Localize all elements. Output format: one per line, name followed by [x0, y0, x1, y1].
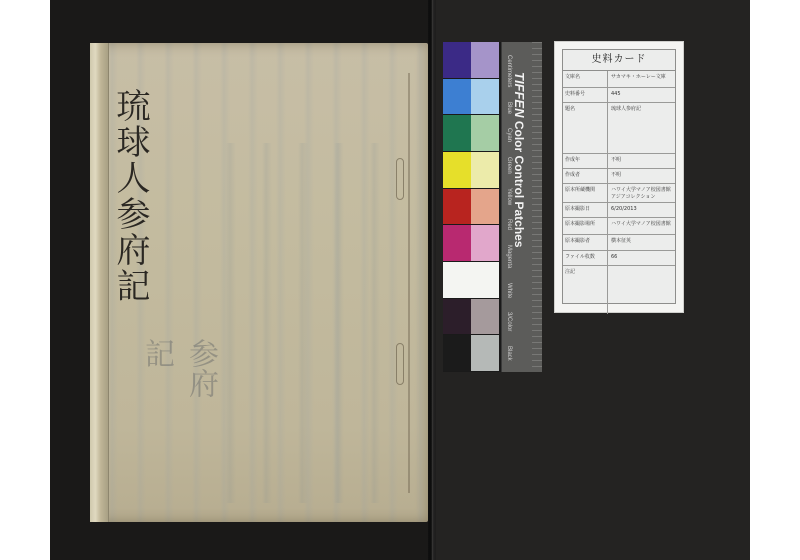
- card-row: ファイル枚数 66: [563, 251, 675, 266]
- ruler-patch-labels: Centimeters Blue Cyan Green Yellow Red M…: [502, 48, 512, 368]
- book-spine: [90, 43, 109, 522]
- card-value: 6/20/2013: [608, 203, 675, 217]
- chart-caption-text: Color Control Patches: [512, 121, 526, 248]
- card-value: ハワイ大学マノア校図書館: [608, 218, 675, 234]
- patch-blue-dark: [443, 42, 471, 79]
- color-control-chart: Centimeters Blue Cyan Green Yellow Red M…: [443, 42, 541, 372]
- card-row: 原本撮影場所 ハワイ大学マノア校図書館: [563, 218, 675, 235]
- card-key: 原本撮影日: [563, 203, 608, 217]
- brand-logo: TIFFEN: [512, 72, 527, 118]
- card-row: 原本撮影日 6/20/2013: [563, 203, 675, 218]
- card-row: 原本所蔵機関 ハワイ大学マノア校図書館 アジアコレクション: [563, 184, 675, 203]
- card-key: 原本撮影者: [563, 235, 608, 250]
- card-value: サカマキ・ホーレー文庫: [608, 71, 675, 87]
- card-value: ハワイ大学マノア校図書館 アジアコレクション: [608, 184, 675, 202]
- ruler-label: Centimeters: [502, 55, 512, 87]
- card-value: 445: [608, 88, 675, 102]
- card-value: 琉球人参府記: [608, 103, 675, 153]
- panel-divider: [428, 0, 436, 560]
- card-row: 史料番号 445: [563, 88, 675, 103]
- ruler-label: Green: [502, 157, 512, 174]
- dark-patch-column: [443, 42, 471, 372]
- patch-red-light: [471, 189, 499, 226]
- patch-magenta-light: [471, 225, 499, 262]
- card-key: ファイル枚数: [563, 251, 608, 265]
- light-patch-column: [471, 42, 499, 372]
- ruler-label: Red: [502, 219, 512, 230]
- patch-blue-light: [471, 42, 499, 79]
- patch-black-light: [471, 335, 499, 372]
- book-title: 琉球人参府記: [110, 88, 150, 304]
- card-key: 作成年: [563, 154, 608, 168]
- cover-fold-line: [408, 73, 410, 493]
- card-key: 史料番号: [563, 88, 608, 102]
- document-card: 史料カード 文庫名 サカマキ・ホーレー文庫 史料番号 445 題名 琉球人参府記…: [555, 42, 683, 312]
- card-value: 不明: [608, 154, 675, 168]
- patch-yellow-light: [471, 152, 499, 189]
- binding-tie: [396, 343, 404, 385]
- card-key: 文庫名: [563, 71, 608, 87]
- card-value: 66: [608, 251, 675, 265]
- ruler-ticks: [532, 42, 542, 372]
- patch-white: [443, 262, 471, 299]
- card-table: 史料カード 文庫名 サカマキ・ホーレー文庫 史料番号 445 題名 琉球人参府記…: [562, 49, 676, 304]
- card-row: 作成者 不明: [563, 169, 675, 184]
- patch-yellow-dark: [443, 152, 471, 189]
- book-title-ghost: 参府記: [134, 338, 222, 418]
- patch-green-dark: [443, 115, 471, 152]
- title-strip: 琉球人参府記 参府記: [110, 88, 152, 418]
- binding-tie: [396, 158, 404, 200]
- ruler-strip: Centimeters Blue Cyan Green Yellow Red M…: [501, 42, 542, 372]
- card-row: 原本撮影者 横本征英: [563, 235, 675, 251]
- chart-caption: TIFFEN Color Control Patches: [512, 72, 527, 248]
- book-cover: 琉球人参府記 参府記: [90, 43, 428, 522]
- patch-cyan-light: [471, 79, 499, 116]
- ruler-label: Magenta: [502, 245, 512, 268]
- card-key: 注記: [563, 266, 608, 314]
- ruler-label: Cyan: [502, 128, 512, 142]
- ruler-label: 3/Color: [502, 312, 512, 331]
- ruler-label: White: [502, 283, 512, 298]
- patch-3color-light: [471, 299, 499, 336]
- patch-black-dark: [443, 335, 471, 372]
- card-row: 文庫名 サカマキ・ホーレー文庫: [563, 71, 675, 88]
- card-title: 史料カード: [563, 50, 675, 71]
- card-value: [608, 266, 675, 314]
- ruler-label: Black: [502, 346, 512, 361]
- patch-magenta-dark: [443, 225, 471, 262]
- card-value: 不明: [608, 169, 675, 183]
- patch-cyan-dark: [443, 79, 471, 116]
- ruler-label: Yellow: [502, 188, 512, 205]
- faded-text-bleed: [200, 143, 400, 503]
- patch-red-dark: [443, 189, 471, 226]
- card-value: 横本征英: [608, 235, 675, 250]
- card-row: 注記: [563, 266, 675, 314]
- card-row: 題名 琉球人参府記: [563, 103, 675, 154]
- card-key: 原本所蔵機関: [563, 184, 608, 202]
- patch-3color-dark: [443, 299, 471, 336]
- ruler-label: Blue: [502, 102, 512, 114]
- card-key: 原本撮影場所: [563, 218, 608, 234]
- card-key: 題名: [563, 103, 608, 153]
- card-row: 作成年 不明: [563, 154, 675, 169]
- patch-white-light: [471, 262, 499, 299]
- card-key: 作成者: [563, 169, 608, 183]
- patch-green-light: [471, 115, 499, 152]
